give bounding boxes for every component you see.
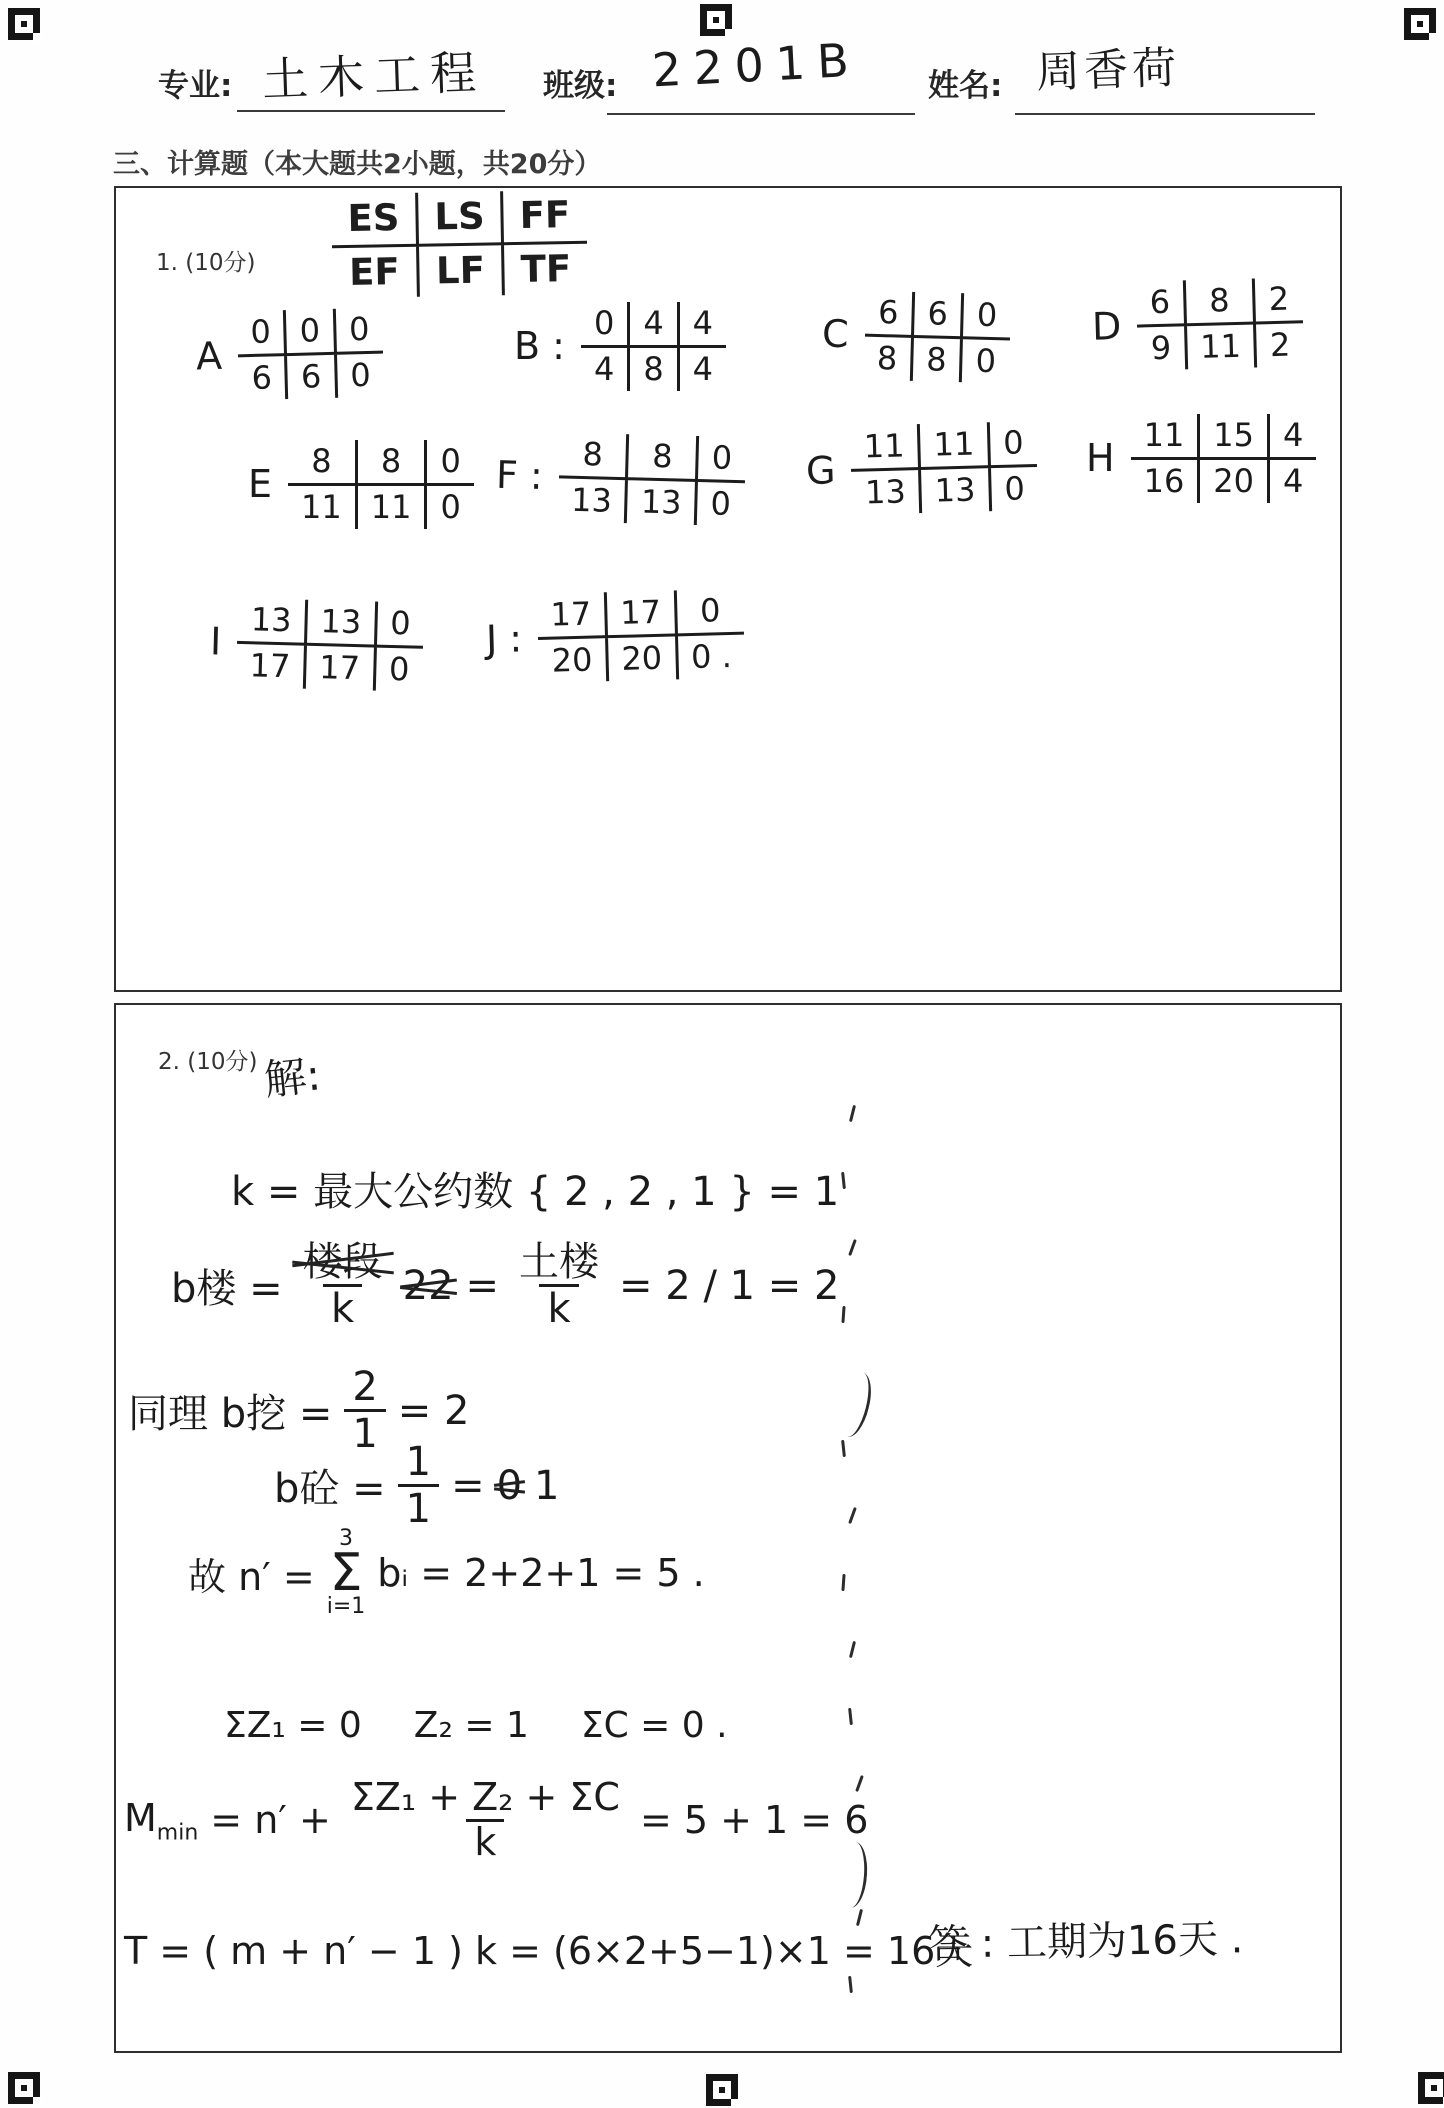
activity-label: A <box>195 334 222 379</box>
cpm-cell: 11 <box>1131 414 1201 460</box>
symbol-base: M <box>124 1796 157 1840</box>
formula-text: Z₂ = 1 <box>414 1705 529 1746</box>
cpm-value-grid: 1313017170 <box>236 598 424 691</box>
formula-text: = 2 <box>398 1388 470 1434</box>
fraction-numerator: 楼段 <box>295 1240 391 1284</box>
cpm-value-grid: 6829112 <box>1136 277 1304 370</box>
grader-tick-mark <box>841 1172 846 1189</box>
fraction-denominator: k <box>539 1284 578 1331</box>
cpm-cell: 6 <box>238 356 288 400</box>
activity-c: C660880 <box>821 290 1011 383</box>
cpm-cell: 0 <box>676 589 744 637</box>
marker-notch <box>725 29 734 38</box>
formula-text: 同理 b挖 = <box>128 1382 332 1439</box>
line-z-values: ΣZ₁ = 0Z₂ = 1ΣC = 0 . <box>224 1705 728 1746</box>
activity-label: J : <box>485 617 522 662</box>
formula-text: 1 <box>534 1463 559 1509</box>
cpm-value-grid: 1115416204 <box>1131 414 1317 503</box>
fraction: ΣZ₁ + Z₂ + ΣCk <box>343 1777 628 1864</box>
cpm-value-grid: 044484 <box>581 302 726 391</box>
cpm-cell: 6 <box>1136 280 1187 327</box>
marker-notch <box>1429 33 1438 42</box>
cpm-cell: 0 <box>963 293 1011 340</box>
formula-text: = 2 / 1 = 2 <box>619 1263 839 1309</box>
cpm-cell: TF <box>504 243 587 295</box>
cpm-cell: LS <box>418 191 504 246</box>
formula-text: b砼 = <box>274 1457 386 1514</box>
cpm-cell: 6 <box>914 292 965 339</box>
cpm-value-grid: 1717020200 . <box>537 589 745 683</box>
line-b-lou: b楼 =楼段k22=土楼k= 2 / 1 = 2 <box>171 1240 839 1331</box>
cpm-cell: 4 <box>680 302 726 348</box>
major-underline <box>237 110 505 112</box>
cpm-cell: 0 <box>286 309 337 356</box>
fiducial-marker-bottom-center <box>706 2074 738 2106</box>
activity-j: J :1717020200 . <box>485 589 745 684</box>
cpm-cell: 0 <box>697 482 744 526</box>
class-label: 班级: <box>543 60 617 105</box>
major-label: 专业: <box>158 60 232 105</box>
cpm-value-grid: 1111013130 <box>850 421 1038 514</box>
scribbled-text: 0 <box>497 1463 522 1509</box>
fraction: 楼段k <box>295 1240 391 1331</box>
question2-number: 2. (10分) <box>158 1043 257 1076</box>
cpm-cell: 8 <box>863 336 913 380</box>
grader-tick-mark <box>841 1440 846 1457</box>
grader-tick-mark <box>849 1105 856 1122</box>
question1-answer-box: 1. (10分) ESLSFFEFLFTF A000660B :044484C6… <box>114 186 1342 992</box>
section-title: 三、计算题（本大题共2小题，共20分） <box>113 142 601 181</box>
fiducial-marker-top-left <box>8 8 40 40</box>
cpm-cell: 17 <box>236 644 307 689</box>
formula-text: k = 最大公约数 { 2 , 2 , 1 } = 1 <box>231 1160 839 1217</box>
formula-text: = 5 + 1 = 6 <box>640 1798 868 1842</box>
cpm-cell: 11 <box>288 486 358 529</box>
cpm-cell: 0 <box>427 440 473 486</box>
line-m-min: Mmin= n′ +ΣZ₁ + Z₂ + ΣCk= 5 + 1 = 6 <box>124 1777 868 1864</box>
cpm-cell: 16 <box>1131 460 1201 503</box>
cpm-cell: 20 <box>608 636 679 681</box>
activity-d: D6829112 <box>1091 277 1304 371</box>
activity-b: B :044484 <box>514 302 726 391</box>
marker-notch <box>33 33 42 42</box>
cpm-cell: 0 <box>581 302 630 348</box>
formula-text: bᵢ = 2+2+1 = 5 . <box>377 1551 704 1595</box>
final-answer-text: 答 : 工期为16天 . <box>928 1907 1244 1969</box>
cpm-cell: 9 <box>1137 326 1187 370</box>
cpm-cell: 8 <box>1185 278 1256 326</box>
summation: 3Σi=1 <box>327 1530 366 1617</box>
cpm-cell: 4 <box>1270 414 1316 460</box>
cpm-cell: 11 <box>920 422 991 470</box>
cpm-cell: 2 <box>1256 323 1303 367</box>
line-duration: T = ( m + n′ − 1 ) k = (6×2+5−1)×1 = 16天 <box>124 1920 973 1975</box>
fiducial-marker-bottom-left <box>8 2072 40 2104</box>
class-handwritten-value: 2201B <box>651 33 862 98</box>
cpm-cell: 8 <box>358 440 428 486</box>
cpm-cell: 8 <box>913 338 963 382</box>
grader-tick-mark <box>848 1708 853 1725</box>
line-k-gcd: k = 最大公约数 { 2 , 2 , 1 } = 1 <box>231 1160 839 1217</box>
cpm-cell: 0 <box>237 310 288 357</box>
formula-text: T = ( m + n′ − 1 ) k = (6×2+5−1)×1 = 16天 <box>124 1920 973 1975</box>
activity-label: F : <box>495 453 543 498</box>
cpm-cell: LF <box>419 245 505 297</box>
cpm-cell: 6 <box>865 291 916 338</box>
cpm-cell: 0 <box>698 436 746 483</box>
cpm-cell: 0 <box>377 602 425 649</box>
formula-text: b楼 = <box>171 1257 283 1314</box>
question2-answer-box: 2. (10分) 解: k = 最大公约数 { 2 , 2 , 1 } = 1b… <box>114 1003 1342 2053</box>
cpm-cell: FF <box>503 190 586 245</box>
fiducial-marker-top-center <box>700 4 732 36</box>
cpm-cell: 20 <box>538 638 609 683</box>
fraction: 11 <box>398 1440 439 1531</box>
cpm-cell: 0 <box>336 308 384 355</box>
activity-f: F :88013130 <box>495 431 746 526</box>
cpm-cell: 13 <box>627 480 698 525</box>
cpm-cell: 8 <box>288 440 358 486</box>
cpm-value-grid: 000660 <box>237 308 384 400</box>
cpm-cell: 0 <box>337 353 384 397</box>
question1-number: 1. (10分) <box>156 244 255 277</box>
cpm-cell: 15 <box>1200 414 1270 460</box>
grader-tick-mark <box>848 1239 857 1256</box>
cpm-cell: EF <box>332 246 420 298</box>
line-n-sum: 故 n′ =3Σi=1bᵢ = 2+2+1 = 5 . <box>188 1530 705 1617</box>
activity-i: I1313017170 <box>209 597 424 691</box>
formula-text: ΣC = 0 . <box>581 1705 728 1746</box>
cpm-cell: 8 <box>559 432 630 480</box>
sigma-symbol: Σ <box>330 1549 363 1598</box>
cpm-cell: 11 <box>358 486 428 529</box>
activity-a: A000660 <box>195 308 384 401</box>
grader-tick-mark <box>843 1372 876 1440</box>
activity-h: H1115416204 <box>1086 414 1316 503</box>
major-handwritten-value: 土木工程 <box>261 36 487 110</box>
cpm-cell: 0 <box>991 467 1038 511</box>
formula-text: = <box>451 1463 485 1509</box>
cpm-cell: 2 <box>1255 277 1303 324</box>
fraction-denominator: k <box>466 1819 504 1864</box>
name-handwritten-value: 周香荷 <box>1035 32 1181 101</box>
grader-tick-mark <box>849 1641 856 1658</box>
fraction-numerator: 土楼 <box>511 1240 607 1284</box>
activity-label: E <box>248 462 272 506</box>
cpm-cell: 4 <box>630 302 679 348</box>
cpm-legend-table: ESLSFFEFLFTF <box>331 190 588 299</box>
cpm-cell: 13 <box>852 470 923 515</box>
subscripted-symbol: Mmin <box>124 1796 198 1846</box>
fraction-numerator: 1 <box>398 1440 439 1484</box>
activity-label: D <box>1091 304 1121 349</box>
cpm-value-grid: 88013130 <box>558 432 746 525</box>
fraction-denominator: 1 <box>398 1484 439 1531</box>
fiducial-marker-top-right <box>1404 8 1436 40</box>
cpm-cell: 0 . <box>678 634 746 679</box>
cpm-cell: 8 <box>628 434 699 482</box>
fiducial-marker-bottom-right <box>1418 2072 1444 2104</box>
name-underline <box>1015 113 1315 115</box>
marker-notch <box>731 2099 740 2108</box>
class-underline <box>607 113 915 115</box>
cpm-cell: 8 <box>630 348 679 391</box>
cpm-cell: 20 <box>1200 460 1270 503</box>
activity-label: I <box>209 620 221 664</box>
line-b-tong: b砼 =11=01 <box>274 1440 560 1531</box>
cpm-cell: 0 <box>962 339 1009 383</box>
grader-tick-mark <box>848 1976 853 1993</box>
cpm-cell: 4 <box>680 348 726 391</box>
marker-notch <box>33 2097 42 2106</box>
activity-g: G1111013130 <box>805 421 1038 516</box>
cpm-cell: 17 <box>607 590 678 638</box>
fraction-denominator: k <box>323 1284 362 1331</box>
cpm-cell: 13 <box>307 600 378 648</box>
formula-text: 故 n′ = <box>188 1546 315 1601</box>
formula-text: = n′ + <box>210 1798 331 1842</box>
cpm-cell: 13 <box>237 598 308 646</box>
grader-tick-mark <box>841 1574 845 1591</box>
cpm-cell: 11 <box>1187 324 1258 369</box>
activity-label: H <box>1086 436 1115 480</box>
cpm-cell: 17 <box>306 646 377 691</box>
cpm-cell: 4 <box>1270 460 1316 503</box>
scribbled-text: 22 <box>403 1263 454 1309</box>
name-label: 姓名: <box>928 60 1002 105</box>
cpm-cell: 17 <box>537 592 608 640</box>
symbol-subscript: min <box>157 1820 199 1845</box>
cpm-cell: 0 <box>427 486 473 529</box>
activity-label: B : <box>514 324 565 368</box>
cpm-cell: 11 <box>850 424 921 472</box>
cpm-value-grid: 660880 <box>863 291 1010 383</box>
solution-label: 解: <box>261 1042 323 1108</box>
grader-tick-mark <box>848 1507 857 1524</box>
cpm-cell: 13 <box>558 478 629 523</box>
fraction-numerator: ΣZ₁ + Z₂ + ΣC <box>343 1777 628 1819</box>
fraction-numerator: 2 <box>344 1365 385 1409</box>
formula-text: ΣZ₁ = 0 <box>224 1705 362 1746</box>
grader-tick-mark <box>841 1306 845 1323</box>
legend-grid: ESLSFFEFLFTF <box>331 190 588 299</box>
activity-label: G <box>805 449 836 494</box>
fraction: 土楼k <box>511 1240 607 1331</box>
cpm-value-grid: 88011110 <box>288 440 474 529</box>
cpm-cell: 13 <box>921 468 992 513</box>
cpm-cell: 0 <box>990 421 1038 468</box>
activity-label: C <box>821 312 849 357</box>
sum-lower-limit: i=1 <box>327 1598 366 1617</box>
cpm-cell: ES <box>331 193 419 248</box>
cpm-cell: 4 <box>581 348 630 391</box>
cpm-cell: 0 <box>375 647 422 691</box>
activity-e: E88011110 <box>248 440 474 529</box>
formula-text: = <box>466 1263 500 1309</box>
cpm-cell: 6 <box>287 355 337 399</box>
